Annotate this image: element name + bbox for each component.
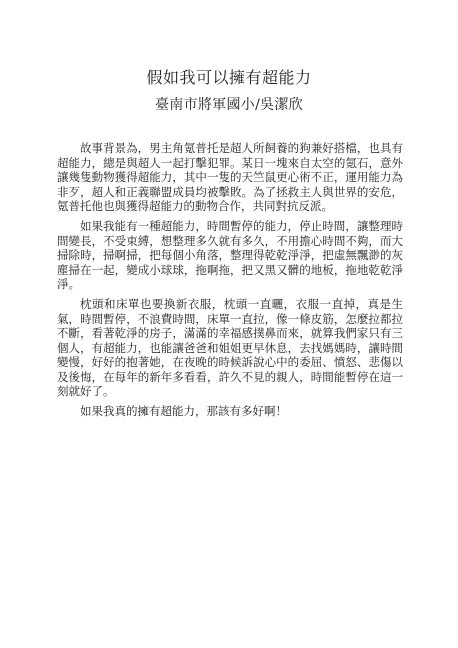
essay-body: 故事背景為，男主角氪普托是超人所飼養的狗兼好搭檔，也具有超能力，總是與超人一起打… (57, 141, 403, 419)
essay-paragraph-1: 故事背景為，男主角氪普托是超人所飼養的狗兼好搭檔，也具有超能力，總是與超人一起打… (57, 141, 403, 214)
essay-paragraph-2: 如果我能有一種超能力，時間暫停的能力，停止時間，讓整理時間變長，不受束縛，想整理… (57, 219, 403, 292)
essay-paragraph-3: 枕頭和床單也要換新衣服，枕頭一直曬，衣服一直掉，真是生氣，時間暫停，不浪費時間，… (57, 297, 403, 399)
essay-paragraph-4: 如果我真的擁有超能力，那該有多好啊！ (57, 404, 403, 419)
document-page: 假如我可以擁有超能力 臺南市將軍國小/吳潔欣 故事背景為，男主角氪普托是超人所飼… (0, 0, 458, 648)
essay-byline: 臺南市將軍國小/吳潔欣 (0, 97, 458, 113)
essay-title: 假如我可以擁有超能力 (0, 0, 458, 87)
